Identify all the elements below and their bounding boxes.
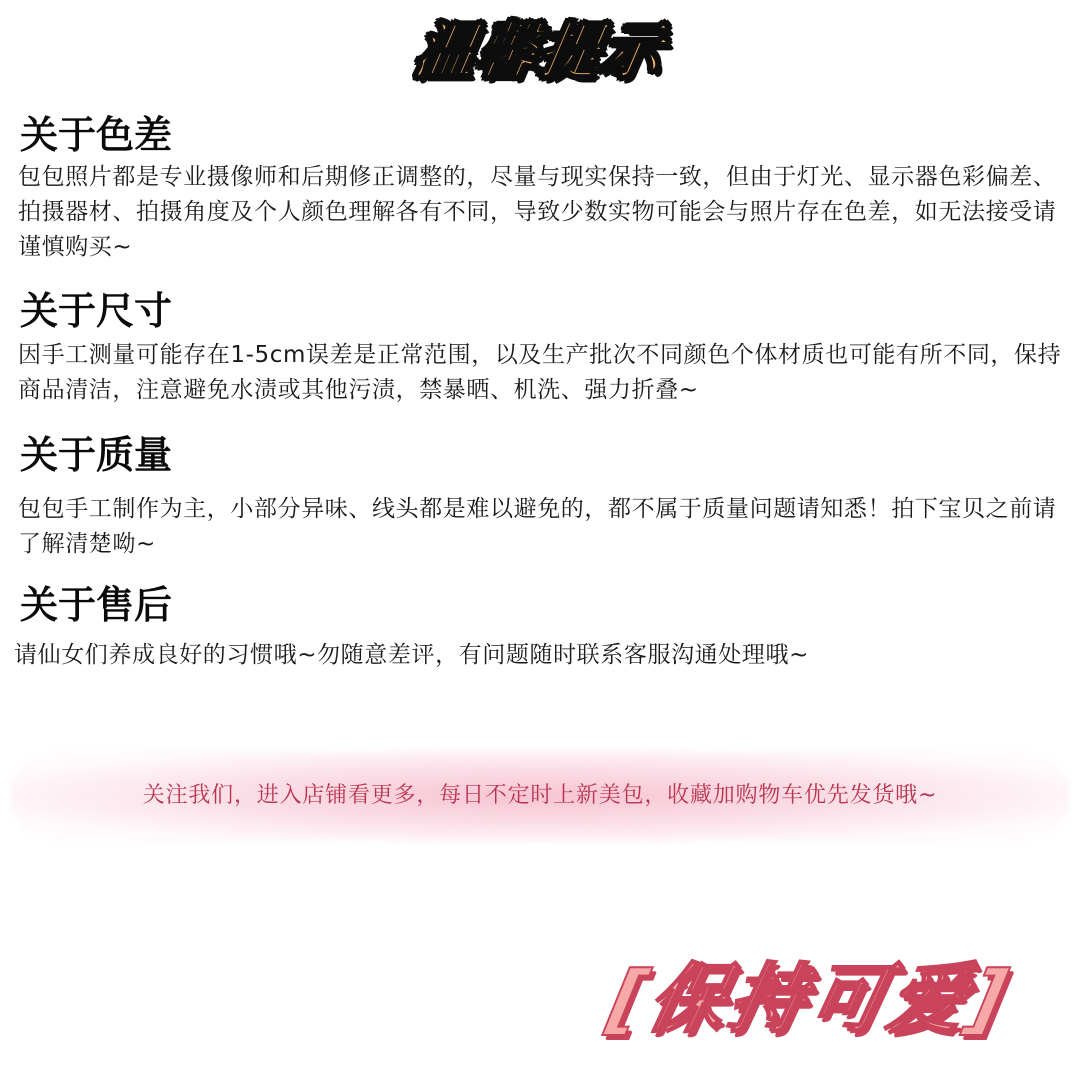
section-body: 包包手工制作为主，小部分异味、线头都是难以避免的，都不属于质量问题请知悉！拍下宝… [0,492,1080,562]
section-heading: 关于售后 [0,582,1080,628]
section-body: 包包照片都是专业摄像师和后期修正调整的，尽量与现实保持一致，但由于灯光、显示器色… [0,160,1080,265]
section-size: 关于尺寸 因手工测量可能存在1-5cm误差是正常范围，以及生产批次不同颜色个体材… [0,288,1080,408]
section-color-difference: 关于色差 包包照片都是专业摄像师和后期修正调整的，尽量与现实保持一致，但由于灯光… [0,112,1080,265]
section-body: 请仙女们养成良好的习惯哦~勿随意差评，有问题随时联系客服沟通处理哦~ [0,638,1080,673]
section-heading: 关于色差 [0,112,1080,158]
page-title: 温馨提示 [408,4,671,90]
promo-text: 关注我们，进入店铺看更多，每日不定时上新美包，收藏加购物车优先发货哦~ [0,776,1080,816]
slogan-stay-cute: [保持可爱] [600,938,1021,1047]
section-body: 因手工测量可能存在1-5cm误差是正常范围，以及生产批次不同颜色个体材质也可能有… [0,338,1080,408]
section-heading: 关于质量 [0,432,1080,478]
section-heading: 关于尺寸 [0,288,1080,334]
section-quality: 关于质量 包包手工制作为主，小部分异味、线头都是难以避免的，都不属于质量问题请知… [0,432,1080,562]
section-after-sales: 关于售后 请仙女们养成良好的习惯哦~勿随意差评，有问题随时联系客服沟通处理哦~ [0,582,1080,673]
title-container: 温馨提示 [0,4,1080,90]
